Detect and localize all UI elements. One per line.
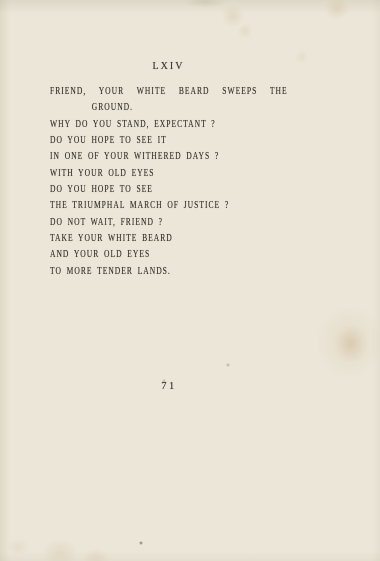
poem-line: GROUND.	[50, 100, 288, 116]
poem-line: WHY DO YOU STAND, EXPECTANT ?	[50, 117, 288, 133]
poem-text: FRIEND, YOUR WHITE BEARD SWEEPS THE GROU…	[50, 84, 288, 280]
poem-line: DO NOT WAIT, FRIEND ?	[50, 215, 288, 231]
poem-number-heading: LXIV	[50, 60, 287, 74]
poem-line: TO MORE TENDER LANDS.	[50, 264, 288, 280]
poem-line: DO YOU HOPE TO SEE	[50, 182, 288, 198]
poem-line: DO YOU HOPE TO SEE IT	[50, 133, 288, 149]
poem-line: AND YOUR OLD EYES	[50, 247, 288, 263]
poem-line: IN ONE OF YOUR WITHERED DAYS ?	[50, 149, 288, 165]
poem-line: WITH YOUR OLD EYES	[50, 166, 288, 182]
poem-line: TAKE YOUR WHITE BEARD	[50, 231, 288, 247]
poem-line: THE TRIUMPHAL MARCH OF JUSTICE ?	[50, 198, 288, 214]
poem-line: FRIEND, YOUR WHITE BEARD SWEEPS THE	[50, 84, 288, 100]
page-number: 71	[50, 381, 288, 392]
book-page: LXIV FRIEND, YOUR WHITE BEARD SWEEPS THE…	[0, 0, 380, 561]
